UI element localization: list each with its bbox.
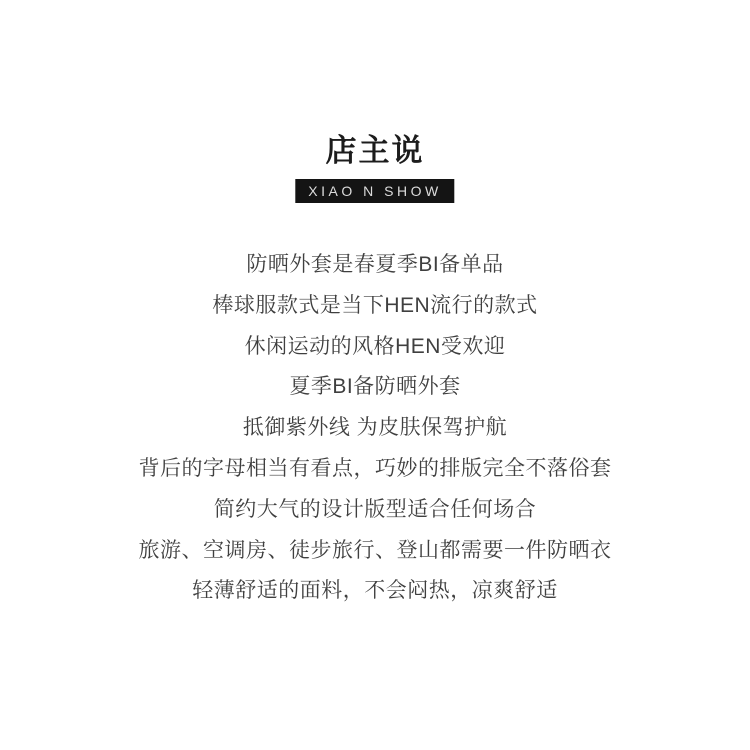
description-line: 夏季BI备防晒外套	[0, 367, 750, 408]
description-line: 背后的字母相当有看点，巧妙的排版完全不落俗套	[0, 449, 750, 490]
brand-banner: XIAO N SHOW	[295, 179, 454, 203]
brand-banner-label: XIAO N SHOW	[308, 183, 441, 199]
description-line: 轻薄舒适的面料，不会闷热，凉爽舒适	[0, 571, 750, 612]
description-text: 防晒外套是春夏季BI备单品 棒球服款式是当下HEN流行的款式 休闲运动的风格HE…	[0, 245, 750, 612]
description-line: 休闲运动的风格HEN受欢迎	[0, 327, 750, 368]
page-title: 店主说	[0, 133, 750, 169]
description-line: 旅游、空调房、徒步旅行、登山都需要一件防晒衣	[0, 531, 750, 572]
description-line: 防晒外套是春夏季BI备单品	[0, 245, 750, 286]
description-line: 抵御紫外线 为皮肤保驾护航	[0, 408, 750, 449]
description-line: 简约大气的设计版型适合任何场合	[0, 490, 750, 531]
description-line: 棒球服款式是当下HEN流行的款式	[0, 286, 750, 327]
product-description-page: 店主说 XIAO N SHOW 防晒外套是春夏季BI备单品 棒球服款式是当下HE…	[0, 0, 750, 750]
